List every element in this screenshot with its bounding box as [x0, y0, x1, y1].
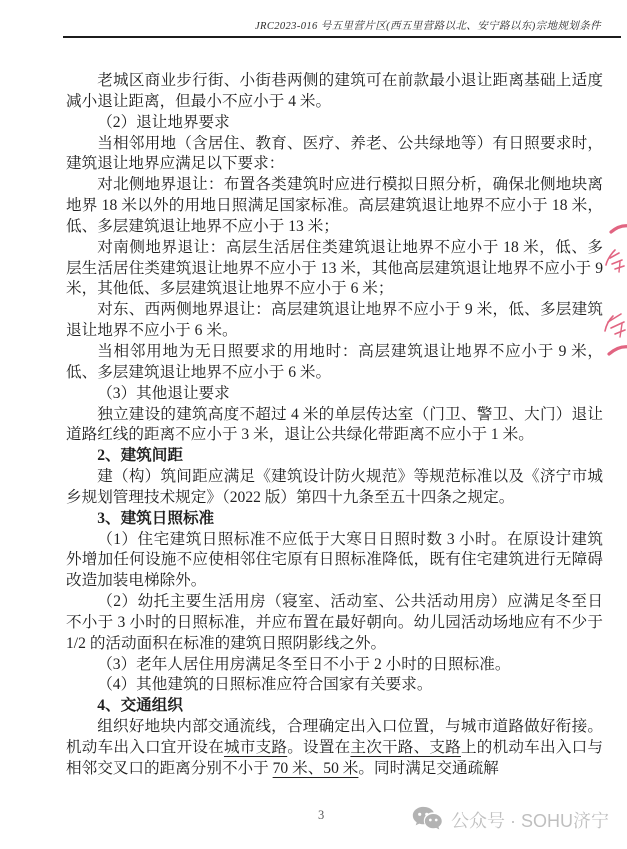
- text-run: 。同时满足交通疏解: [358, 760, 498, 777]
- text-run: 2、建筑间距: [97, 447, 183, 464]
- paragraph: 老城区商业步行街、小街巷两侧的建筑可在前款最小退让距离基础上适度减小退让距离，但…: [66, 71, 603, 113]
- paragraph: 独立建设的建筑高度不超过 4 米的单层传达室（门卫、警卫、大门）退让道路红线的距…: [66, 405, 603, 447]
- page-header: JRC2023-016 号五里营片区(西五里营路以北、安宁路以东)宗地规划条件: [255, 18, 601, 33]
- paragraph: （4）其他建筑的日照标准应符合国家有关要求。: [66, 675, 603, 696]
- paragraph: 组织好地块内部交通流线，合理确定出入口位置，与城市道路做好衔接。机动车出入口宜开…: [66, 717, 603, 780]
- text-run: 3、建筑日照标准: [97, 510, 214, 527]
- text-run: 建（构）筑间距应满足《建筑设计防火规范》等规范标准以及《济宁市城乡规划管理技术规…: [66, 468, 603, 506]
- text-run: （2）退让地界要求: [97, 114, 230, 131]
- document-body: 老城区商业步行街、小街巷两侧的建筑可在前款最小退让距离基础上适度减小退让距离，但…: [66, 71, 603, 780]
- text-run: 对南侧地界退让：高层生活居住类建筑退让地界不应小于 18 米，低、多层生活居住类…: [66, 239, 603, 298]
- section-heading: 3、建筑日照标准: [66, 509, 603, 530]
- document-page: JRC2023-016 号五里营片区(西五里营路以北、安宁路以东)宗地规划条件 …: [0, 0, 627, 849]
- page-number: 3: [318, 808, 324, 823]
- paragraph: （1）住宅建筑日照标准不应低于大寒日日照时数 3 小时。在原设计建筑外增加任何设…: [66, 530, 603, 593]
- paragraph: （2）幼托主要生活用房（寝室、活动室、公共活动用房）应满足冬至日不小于 3 小时…: [66, 592, 603, 655]
- text-run: （2）幼托主要生活用房（寝室、活动室、公共活动用房）应满足冬至日不小于 3 小时…: [66, 593, 603, 652]
- paragraph: （3）其他退让要求: [66, 384, 603, 405]
- text-run: 4、交通组织: [97, 697, 183, 714]
- paragraph: 对南侧地界退让：高层生活居住类建筑退让地界不应小于 18 米，低、多层生活居住类…: [66, 238, 603, 301]
- underlined-text: 城市支路: [224, 739, 287, 756]
- paragraph: 当相邻用地为无日照要求的用地时：高层建筑退让地界不应小于 9 米，低、多层建筑退…: [66, 342, 603, 384]
- wechat-icon: [412, 806, 443, 833]
- header-title: JRC2023-016 号五里营片区(西五里营路以北、安宁路以东)宗地规划条件: [255, 21, 601, 32]
- text-run: （3）其他退让要求: [97, 385, 230, 402]
- watermark-text: 公众号 · SOHU济宁: [451, 807, 609, 833]
- text-run: 当相邻用地（含居住、教育、医疗、养老、公共绿地等）有日照要求时，建筑退让地界应满…: [66, 135, 603, 173]
- text-run: （3）老年人居住用房满足冬至日不小于 2 小时的日照标准。: [97, 656, 510, 673]
- paragraph: 对北侧地界退让：布置各类建筑时应进行模拟日照分析，确保北侧地块离地界 18 米以…: [66, 175, 603, 238]
- watermark: 公众号 · SOHU济宁: [412, 806, 609, 833]
- paragraph: 对东、西两侧地界退让：高层建筑退让地界不应小于 9 米，低、多层建筑退让地界不应…: [66, 300, 603, 342]
- paragraph: 建（构）筑间距应满足《建筑设计防火规范》等规范标准以及《济宁市城乡规划管理技术规…: [66, 467, 603, 509]
- text-run: 独立建设的建筑高度不超过 4 米的单层传达室（门卫、警卫、大门）退让道路红线的距…: [66, 406, 603, 444]
- section-heading: 4、交通组织: [66, 696, 603, 717]
- paragraph: （2）退让地界要求: [66, 113, 603, 134]
- text-run: 。设置在: [287, 739, 350, 756]
- text-run: 当相邻用地为无日照要求的用地时：高层建筑退让地界不应小于 9 米，低、多层建筑退…: [66, 343, 603, 381]
- text-run: 对东、西两侧地界退让：高层建筑退让地界不应小于 9 米，低、多层建筑退让地界不应…: [66, 301, 603, 339]
- header-rule: [63, 36, 621, 38]
- underlined-text: 主次干路、支路: [350, 739, 461, 756]
- text-run: 老城区商业步行街、小街巷两侧的建筑可在前款最小退让距离基础上适度减小退让距离，但…: [66, 72, 603, 110]
- underlined-text: 70 米、50 米: [273, 760, 359, 777]
- text-run: （1）住宅建筑日照标准不应低于大寒日日照时数 3 小时。在原设计建筑外增加任何设…: [66, 531, 603, 590]
- text-run: 对北侧地界退让：布置各类建筑时应进行模拟日照分析，确保北侧地块离地界 18 米以…: [66, 176, 603, 235]
- paragraph: （3）老年人居住用房满足冬至日不小于 2 小时的日照标准。: [66, 655, 603, 676]
- text-run: （4）其他建筑的日照标准应符合国家有关要求。: [97, 676, 432, 693]
- seal-fragment: [591, 220, 627, 368]
- section-heading: 2、建筑间距: [66, 446, 603, 467]
- paragraph: 当相邻用地（含居住、教育、医疗、养老、公共绿地等）有日照要求时，建筑退让地界应满…: [66, 134, 603, 176]
